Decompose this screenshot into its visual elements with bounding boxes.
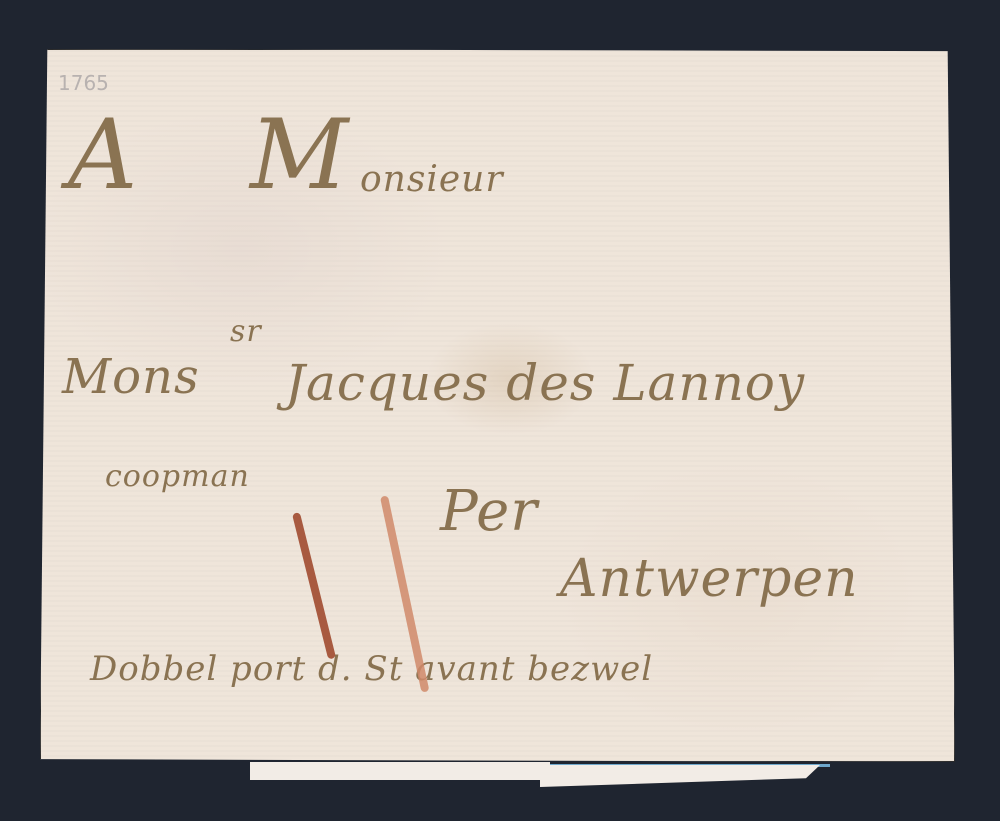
recipient-name: Jacques des Lannoy [285,354,805,412]
pencil-date-note: 1765 [58,71,109,95]
envelope-back-flap [250,762,550,780]
occupation: coopman [105,459,250,494]
destination: Antwerpen [560,549,859,609]
name-superscript: sr [230,314,262,349]
envelope-fold-flap [540,765,820,787]
name-prefix: Mons [62,349,200,405]
per-mark: Per [440,479,538,544]
letter-cover: 1765 A M onsieur Mons sr Jacques des Lan… [40,49,955,762]
salutation-monsieur: onsieur [360,159,504,200]
salutation-m: M [250,99,349,211]
red-crayon-stroke-1 [292,512,336,659]
salutation-a: A [68,99,138,211]
routing-note: Dobbel port d. St avant bezwel [90,649,653,689]
